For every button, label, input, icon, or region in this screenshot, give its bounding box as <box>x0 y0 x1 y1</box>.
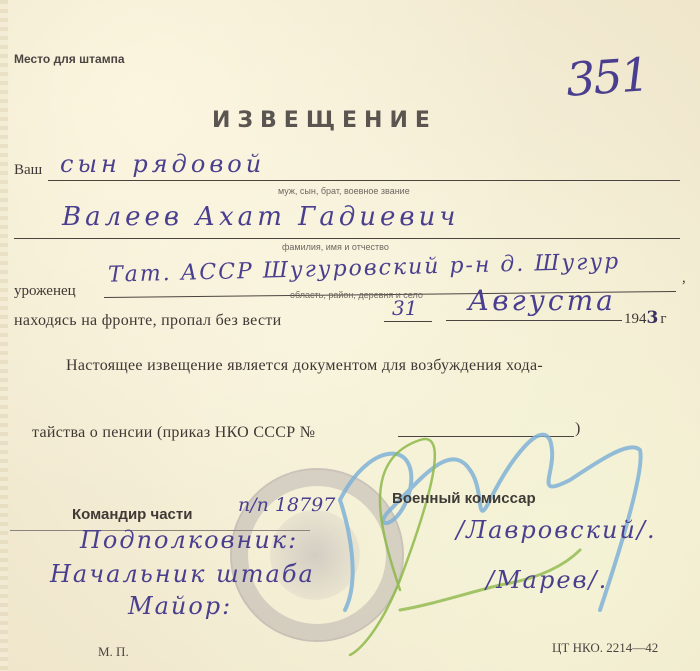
name-line <box>14 238 680 239</box>
name-value: Валеев Ахат Гадиевич <box>62 202 459 232</box>
notice-line-2: тайства о пенсии (приказ НКО СССР № <box>32 424 315 442</box>
form-code: ЦТ НКО. 2214—42 <box>552 640 658 656</box>
month-line <box>446 320 622 321</box>
day-line <box>384 321 432 322</box>
perforated-edge <box>0 0 8 671</box>
relation-line <box>48 180 680 181</box>
signatory-name-2: /Марев/. <box>486 566 608 594</box>
rank-line-1: Подполковник: <box>80 526 298 554</box>
document-title: ИЗВЕЩЕНИЕ <box>212 108 437 133</box>
name-hint: фамилия, имя и отчество <box>282 242 389 252</box>
commissar-label: Военный комиссар <box>392 490 536 507</box>
birthplace-comma: , <box>682 270 686 287</box>
rank-line-3: Майор: <box>128 592 232 620</box>
stamp-place-label: Место для штампа <box>14 52 125 66</box>
missing-text: находясь на фронте, пропал без вести <box>14 312 282 330</box>
commander-label: Командир части <box>72 506 192 523</box>
unit-number: п/п 18797 <box>238 494 335 516</box>
rank-line-2: Начальник штаба <box>50 560 315 588</box>
signatory-name-1: /Лавровский/. <box>456 516 657 544</box>
year-prefix: 194 <box>624 311 647 327</box>
year-digit: 3 <box>647 308 659 328</box>
year-suffix: г <box>660 311 666 327</box>
year-field: 1943г <box>624 308 667 328</box>
missing-day: 31 <box>392 296 417 320</box>
seal-place-label: М. П. <box>98 644 129 660</box>
notice-line-1: Настоящее извещение является документом … <box>66 357 543 375</box>
relation-hint: муж, сын, брат, воевное звание <box>278 186 410 196</box>
handwritten-number: 351 <box>564 47 649 107</box>
relation-value: сын рядовой <box>60 150 265 178</box>
birthplace-label: уроженец <box>14 283 76 300</box>
recipient-prefix-label: Ваш <box>14 162 42 179</box>
missing-month: Августа <box>468 284 616 317</box>
